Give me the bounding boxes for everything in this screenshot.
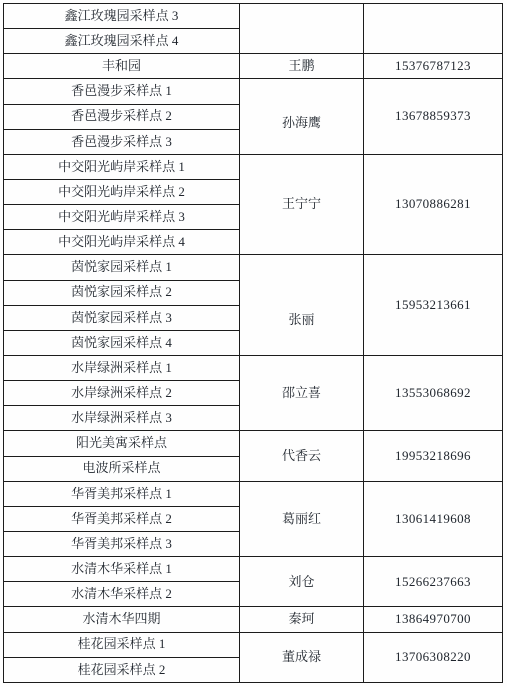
sampling-point-cell: 香邑漫步采样点 3 xyxy=(4,129,240,154)
sampling-point-cell: 鑫江玫瑰园采样点 3 xyxy=(4,4,240,29)
sampling-point-cell: 香邑漫步采样点 1 xyxy=(4,79,240,104)
phone-number-cell: 15266237663 xyxy=(364,557,503,607)
contact-name-cell: 张丽 xyxy=(240,255,364,356)
sampling-point-cell: 中交阳光屿岸采样点 1 xyxy=(4,154,240,179)
contact-name-cell: 董成禄 xyxy=(240,632,364,682)
sampling-point-cell: 茵悦家园采样点 1 xyxy=(4,255,240,280)
table-row: 鑫江玫瑰园采样点 3 xyxy=(4,4,503,29)
table-row: 水清木华四期秦珂13864970700 xyxy=(4,607,503,632)
contact-name-cell xyxy=(240,4,364,54)
contact-name-cell: 王鹏 xyxy=(240,54,364,79)
contact-name-cell: 葛丽红 xyxy=(240,481,364,556)
sampling-point-cell: 华胥美邦采样点 3 xyxy=(4,531,240,556)
sampling-point-cell: 水清木华四期 xyxy=(4,607,240,632)
contact-name-cell: 代香云 xyxy=(240,431,364,481)
phone-number-cell: 13864970700 xyxy=(364,607,503,632)
table-row: 华胥美邦采样点 1葛丽红13061419608 xyxy=(4,481,503,506)
contact-name-cell: 邵立喜 xyxy=(240,355,364,430)
sampling-point-cell: 水岸绿洲采样点 2 xyxy=(4,381,240,406)
contact-name-cell: 王宁宁 xyxy=(240,154,364,255)
sampling-point-cell: 中交阳光屿岸采样点 4 xyxy=(4,230,240,255)
phone-number-cell: 13553068692 xyxy=(364,355,503,430)
phone-number-cell: 13678859373 xyxy=(364,79,503,154)
phone-number-cell: 15376787123 xyxy=(364,54,503,79)
table-row: 茵悦家园采样点 1张丽15953213661 xyxy=(4,255,503,280)
sampling-point-cell: 茵悦家园采样点 4 xyxy=(4,330,240,355)
sampling-point-cell: 华胥美邦采样点 1 xyxy=(4,481,240,506)
sampling-point-cell: 桂花园采样点 1 xyxy=(4,632,240,657)
sampling-point-cell: 中交阳光屿岸采样点 2 xyxy=(4,179,240,204)
table-row: 水清木华采样点 1刘仓15266237663 xyxy=(4,557,503,582)
phone-number-cell: 19953218696 xyxy=(364,431,503,481)
sampling-point-cell: 水岸绿洲采样点 3 xyxy=(4,406,240,431)
sampling-contact-table: 鑫江玫瑰园采样点 3鑫江玫瑰园采样点 4丰和园王鹏15376787123香邑漫步… xyxy=(3,3,503,683)
phone-number-cell: 13061419608 xyxy=(364,481,503,556)
sampling-point-cell: 阳光美寓采样点 xyxy=(4,431,240,456)
sampling-point-cell: 水清木华采样点 1 xyxy=(4,557,240,582)
phone-number-cell xyxy=(364,4,503,54)
sampling-point-cell: 茵悦家园采样点 3 xyxy=(4,305,240,330)
sampling-point-cell: 茵悦家园采样点 2 xyxy=(4,280,240,305)
table-row: 丰和园王鹏15376787123 xyxy=(4,54,503,79)
sampling-point-cell: 香邑漫步采样点 2 xyxy=(4,104,240,129)
sampling-point-cell: 桂花园采样点 2 xyxy=(4,657,240,682)
table-row: 阳光美寓采样点代香云19953218696 xyxy=(4,431,503,456)
sampling-point-cell: 水岸绿洲采样点 1 xyxy=(4,355,240,380)
table-row: 中交阳光屿岸采样点 1王宁宁13070886281 xyxy=(4,154,503,179)
phone-number-cell: 13706308220 xyxy=(364,632,503,682)
phone-number-cell: 15953213661 xyxy=(364,255,503,356)
table-row: 桂花园采样点 1董成禄13706308220 xyxy=(4,632,503,657)
contact-name-cell: 孙海鹰 xyxy=(240,79,364,154)
sampling-point-cell: 水清木华采样点 2 xyxy=(4,582,240,607)
sampling-point-cell: 华胥美邦采样点 2 xyxy=(4,506,240,531)
table-row: 水岸绿洲采样点 1邵立喜13553068692 xyxy=(4,355,503,380)
contact-name-cell: 秦珂 xyxy=(240,607,364,632)
sampling-point-cell: 鑫江玫瑰园采样点 4 xyxy=(4,29,240,54)
phone-number-cell: 13070886281 xyxy=(364,154,503,255)
table-body: 鑫江玫瑰园采样点 3鑫江玫瑰园采样点 4丰和园王鹏15376787123香邑漫步… xyxy=(4,4,503,683)
contact-name-cell: 刘仓 xyxy=(240,557,364,607)
sampling-point-cell: 中交阳光屿岸采样点 3 xyxy=(4,205,240,230)
sampling-point-cell: 电波所采样点 xyxy=(4,456,240,481)
document-page: 鑫江玫瑰园采样点 3鑫江玫瑰园采样点 4丰和园王鹏15376787123香邑漫步… xyxy=(0,0,507,687)
table-row: 香邑漫步采样点 1孙海鹰13678859373 xyxy=(4,79,503,104)
sampling-point-cell: 丰和园 xyxy=(4,54,240,79)
